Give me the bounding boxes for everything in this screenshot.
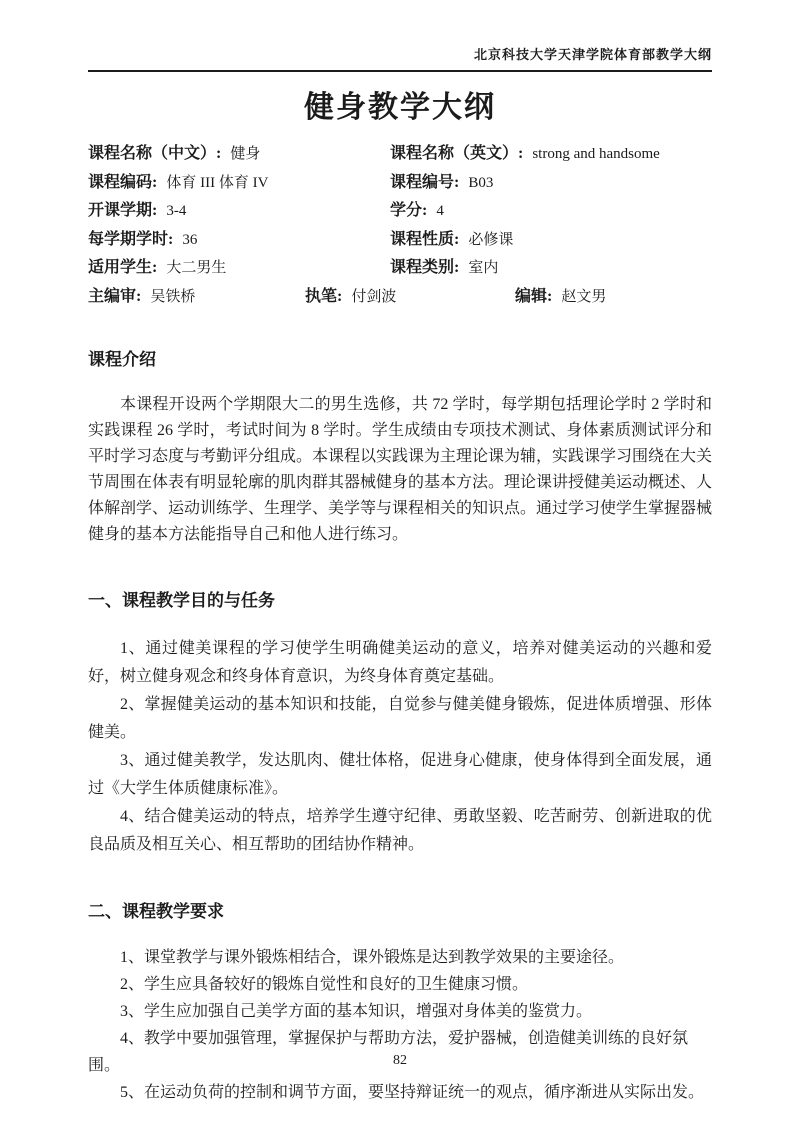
- info-row: 课程名称（中文）:健身 课程名称（英文）:strong and handsome: [88, 140, 712, 169]
- info-cell-target-students: 适用学生:大二男生: [88, 254, 390, 277]
- info-cell-semester: 开课学期:3-4: [88, 197, 390, 220]
- field-value: 必修课: [468, 232, 513, 248]
- field-value: 4: [436, 203, 444, 219]
- field-label: 课程类别:: [390, 259, 459, 276]
- info-row: 开课学期:3-4 学分:4: [88, 197, 712, 226]
- field-value: strong and handsome: [532, 146, 659, 162]
- section2-item: 5、在运动负荷的控制和调节方面，要坚持辩证统一的观点，循序渐进从实际出发。: [88, 1079, 712, 1106]
- intro-heading: 课程介绍: [88, 345, 712, 370]
- section2-item: 3、学生应加强自己美学方面的基本知识，增强对身体美的鉴赏力。: [88, 998, 712, 1025]
- document-title: 健身教学大纲: [88, 82, 712, 126]
- info-cell-course-number: 课程编号:B03: [390, 169, 712, 192]
- field-label: 课程编号:: [390, 174, 459, 191]
- field-value: 大二男生: [166, 260, 226, 276]
- field-label: 执笔:: [305, 288, 342, 305]
- info-row: 适用学生:大二男生 课程类别:室内: [88, 254, 712, 283]
- section1-item: 4、结合健美运动的特点，培养学生遵守纪律、勇敢坚毅、吃苦耐劳、创新进取的优良品质…: [88, 803, 712, 859]
- section2-item: 1、课堂教学与课外锻炼相结合，课外锻炼是达到教学效果的主要途径。: [88, 944, 712, 971]
- intro-paragraph: 本课程开设两个学期限大二的男生选修，共 72 学时，每学期包括理论学时 2 学时…: [88, 392, 712, 548]
- field-value: 室内: [468, 260, 498, 276]
- section1-item: 3、通过健美教学，发达肌肉、健壮体格，促进身心健康，使身体得到全面发展，通过《大…: [88, 747, 712, 803]
- info-cell-course-nature: 课程性质:必修课: [390, 226, 712, 249]
- page-header: 北京科技大学天津学院体育部教学大纲: [88, 44, 712, 72]
- document-page: 北京科技大学天津学院体育部教学大纲 健身教学大纲 课程名称（中文）:健身 课程名…: [0, 0, 800, 1131]
- section1-item: 2、掌握健美运动的基本知识和技能，自觉参与健美健身锻炼，促进体质增强、形体健美。: [88, 691, 712, 747]
- field-value: 体育 III 体育 IV: [166, 175, 268, 191]
- field-value: 健身: [230, 146, 260, 162]
- info-cell-hours: 每学期学时:36: [88, 226, 390, 249]
- info-cell-course-code: 课程编码:体育 III 体育 IV: [88, 169, 390, 192]
- info-cell-chief-reviewer: 主编审:吴铁桥: [88, 283, 305, 306]
- section2-item: 4、教学中要加强管理，掌握保护与帮助方法，爱护器械，创造健美训练的良好氛围。: [88, 1025, 712, 1079]
- info-cell-credits: 学分:4: [390, 197, 712, 220]
- info-row: 每学期学时:36 课程性质:必修课: [88, 226, 712, 255]
- field-label: 编辑:: [515, 288, 552, 305]
- page-number: 82: [0, 1053, 800, 1069]
- info-cell-editor: 编辑:赵文男: [515, 283, 712, 306]
- section2-item: 2、学生应具备较好的锻炼自觉性和良好的卫生健康习惯。: [88, 971, 712, 998]
- field-label: 课程性质:: [390, 231, 459, 248]
- section1-item: 1、通过健美课程的学习使学生明确健美运动的意义，培养对健美运动的兴趣和爱好，树立…: [88, 635, 712, 691]
- field-label: 学分:: [390, 202, 427, 219]
- info-row: 课程编码:体育 III 体育 IV 课程编号:B03: [88, 169, 712, 198]
- field-value: 36: [182, 232, 197, 248]
- field-value: 付剑波: [351, 289, 396, 305]
- info-cell-course-category: 课程类别:室内: [390, 254, 712, 277]
- section2-items: 1、课堂教学与课外锻炼相结合，课外锻炼是达到教学效果的主要途径。 2、学生应具备…: [88, 944, 712, 1106]
- field-value: 3-4: [166, 203, 186, 219]
- section1-heading: 一、课程教学目的与任务: [88, 586, 712, 611]
- info-cell-course-name-cn: 课程名称（中文）:健身: [88, 140, 390, 163]
- info-row-editors: 主编审:吴铁桥 执笔:付剑波 编辑:赵文男: [88, 283, 712, 312]
- field-value: 赵文男: [561, 289, 606, 305]
- field-label: 适用学生:: [88, 259, 157, 276]
- course-info-block: 课程名称（中文）:健身 课程名称（英文）:strong and handsome…: [88, 140, 712, 311]
- field-value: B03: [468, 175, 493, 191]
- field-label: 开课学期:: [88, 202, 157, 219]
- field-label: 课程名称（中文）:: [88, 145, 221, 162]
- section1-items: 1、通过健美课程的学习使学生明确健美运动的意义，培养对健美运动的兴趣和爱好，树立…: [88, 635, 712, 859]
- field-label: 课程名称（英文）:: [390, 145, 523, 162]
- info-cell-writer: 执笔:付剑波: [305, 283, 515, 306]
- field-value: 吴铁桥: [150, 289, 195, 305]
- section2-heading: 二、课程教学要求: [88, 897, 712, 922]
- field-label: 每学期学时:: [88, 231, 173, 248]
- field-label: 主编审:: [88, 288, 141, 305]
- info-cell-course-name-en: 课程名称（英文）:strong and handsome: [390, 140, 712, 163]
- header-school-line: 北京科技大学天津学院体育部教学大纲: [474, 47, 712, 62]
- field-label: 课程编码:: [88, 174, 157, 191]
